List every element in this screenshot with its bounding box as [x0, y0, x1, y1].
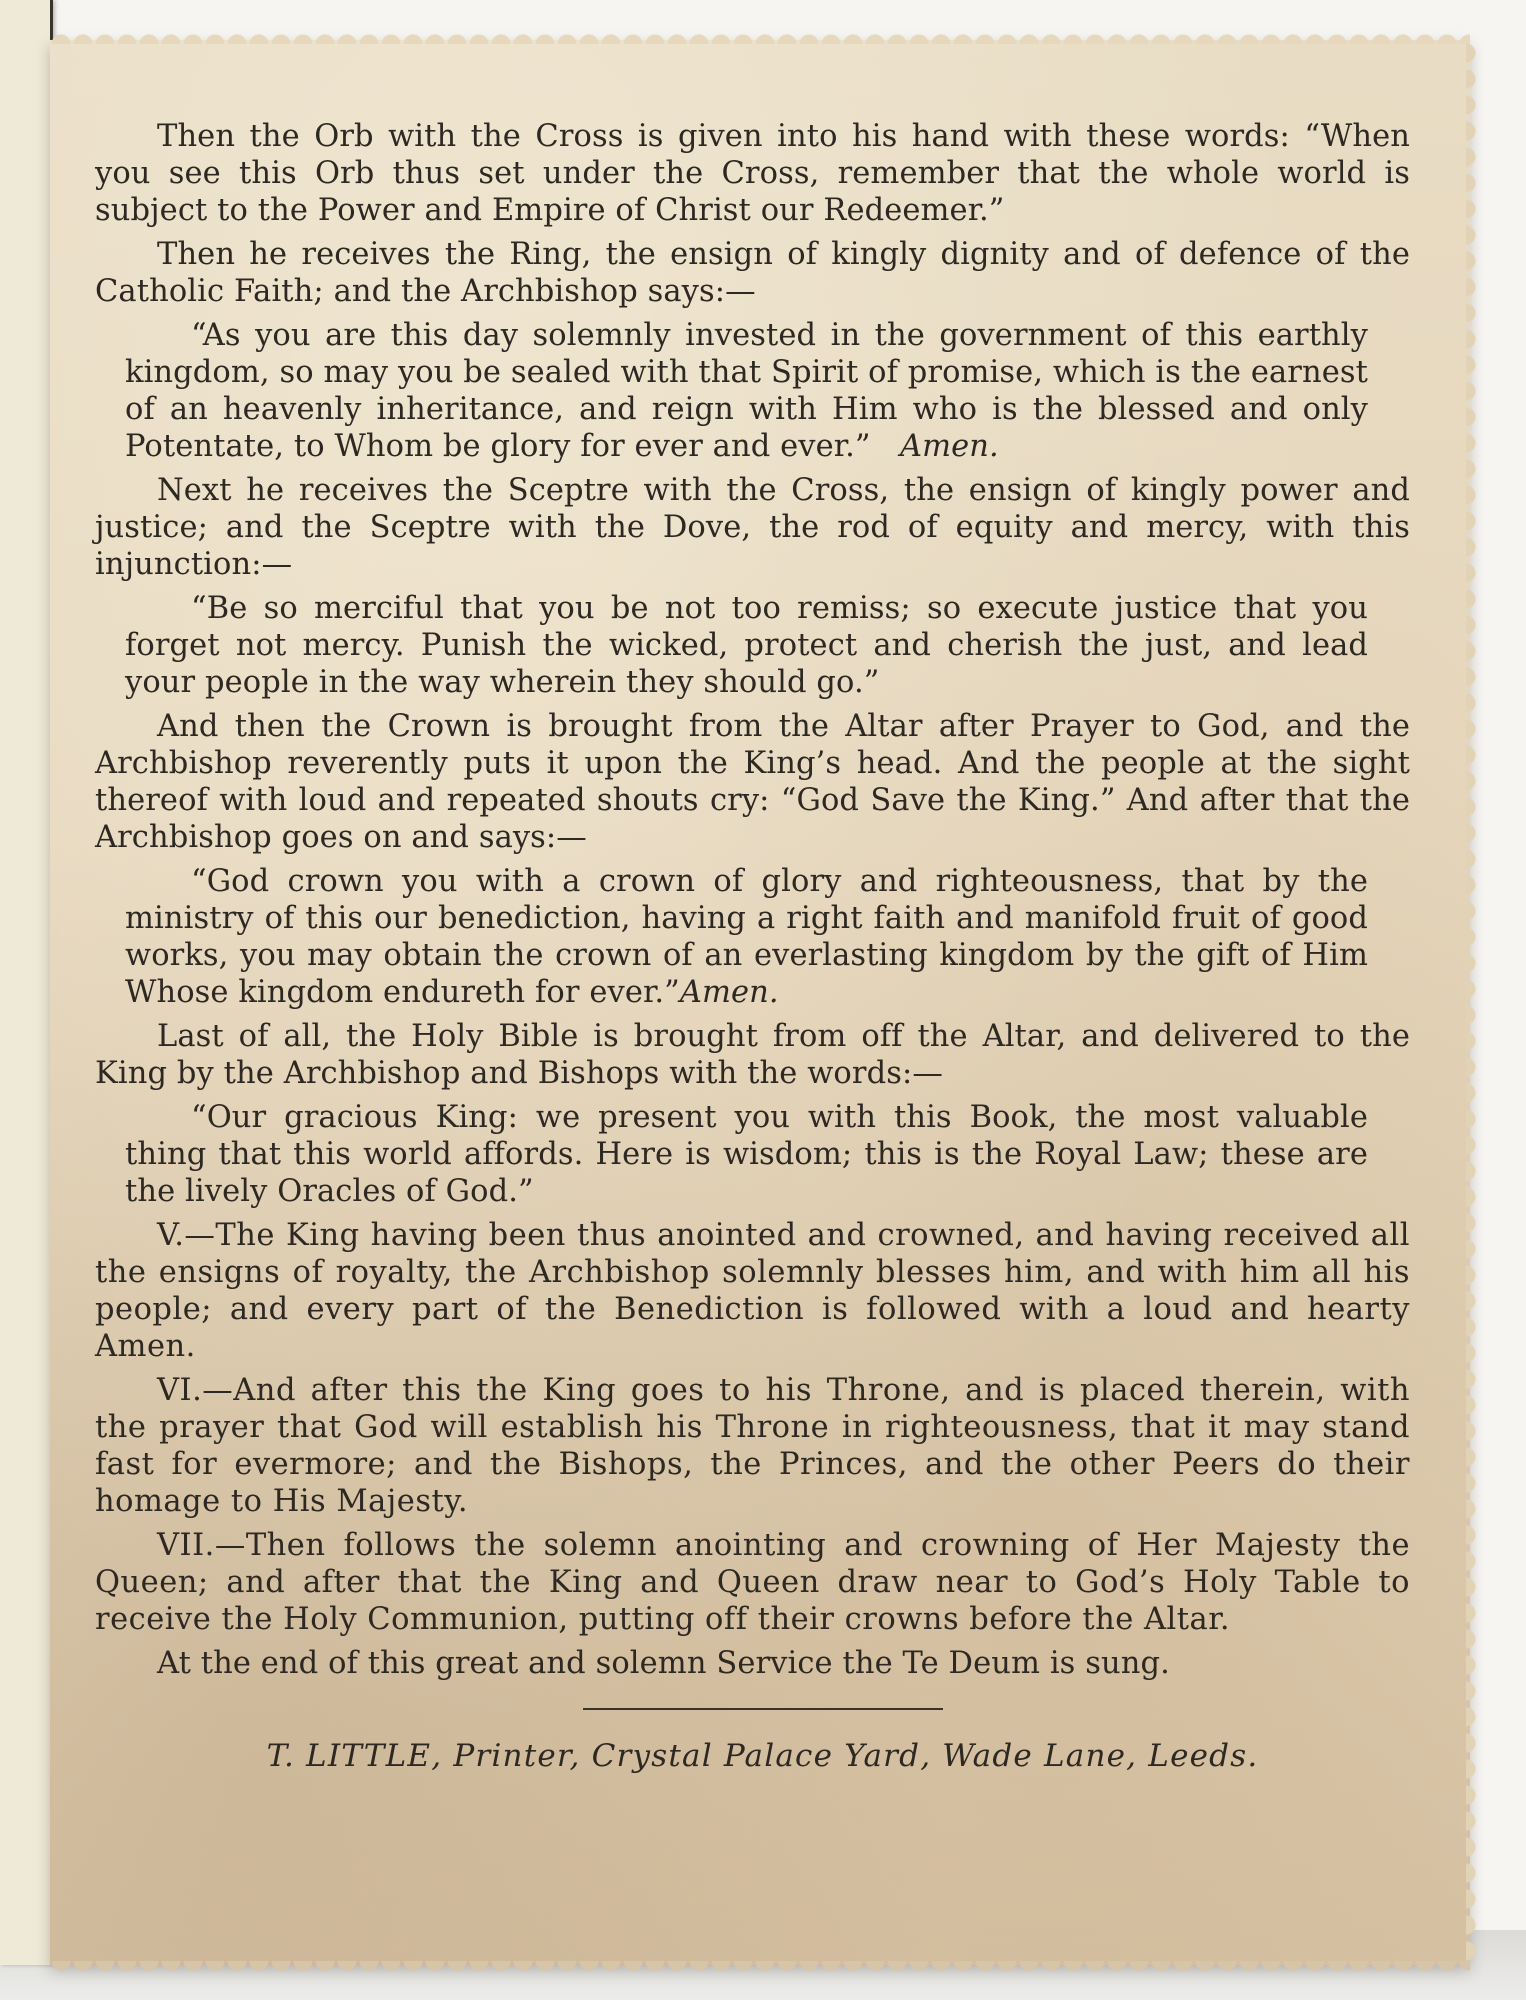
printer-imprint: T. LITTLE, Printer, Crystal Palace Yard,… [95, 1738, 1410, 1775]
quote-ring-blessing: “As you are this day solemnly invested i… [95, 317, 1410, 465]
paragraph-text: V.—The King having been thus anointed an… [95, 1218, 1410, 1364]
document-body: Then the Orb with the Cross is given int… [95, 118, 1410, 1775]
paragraph-crown: And then the Crown is brought from the A… [95, 708, 1410, 856]
paragraph-orb: Then the Orb with the Cross is given int… [95, 118, 1410, 229]
amen-text: Amen. [680, 975, 779, 1010]
paragraph-bible: Last of all, the Holy Bible is brought f… [95, 1018, 1410, 1092]
paragraph-text: VI.—And after this the King goes to his … [95, 1373, 1410, 1519]
paragraph-text: Then he receives the Ring, the ensign of… [95, 237, 1410, 309]
paragraph-text: Then the Orb with the Cross is given int… [95, 119, 1410, 228]
paragraph-text: VII.—Then follows the solemn anointing a… [95, 1528, 1410, 1637]
paragraph-te-deum: At the end of this great and solemn Serv… [95, 1645, 1410, 1682]
deckled-edge-right [1466, 40, 1480, 1965]
divider-rule [583, 1708, 943, 1710]
facing-page-edge [0, 0, 53, 1965]
quote-text: “Be so merciful that you be not too remi… [125, 591, 1368, 700]
quote-text: “As you are this day solemnly invested i… [125, 318, 1368, 464]
deckled-edge-bottom [50, 1961, 1470, 1975]
paragraph-text: Last of all, the Holy Bible is brought f… [95, 1019, 1410, 1091]
quote-crown-blessing: “God crown you with a crown of glory and… [95, 863, 1410, 1011]
quote-text: “Our gracious King: we present you with … [125, 1100, 1368, 1209]
deckled-edge-top [50, 30, 1470, 44]
paragraph-section-vi: VI.—And after this the King goes to his … [95, 1372, 1410, 1520]
quote-bible-presentation: “Our gracious King: we present you with … [95, 1099, 1410, 1210]
paragraph-text: And then the Crown is brought from the A… [95, 709, 1410, 855]
paragraph-ring: Then he receives the Ring, the ensign of… [95, 236, 1410, 310]
paragraph-text: Next he receives the Sceptre with the Cr… [95, 473, 1410, 582]
amen-text: Amen. [900, 429, 999, 464]
paragraph-text: At the end of this great and solemn Serv… [157, 1646, 1170, 1681]
paragraph-section-vii: VII.—Then follows the solemn anointing a… [95, 1527, 1410, 1638]
paragraph-section-v: V.—The King having been thus anointed an… [95, 1217, 1410, 1365]
quote-sceptre-injunction: “Be so merciful that you be not too remi… [95, 590, 1410, 701]
paragraph-sceptre: Next he receives the Sceptre with the Cr… [95, 472, 1410, 583]
